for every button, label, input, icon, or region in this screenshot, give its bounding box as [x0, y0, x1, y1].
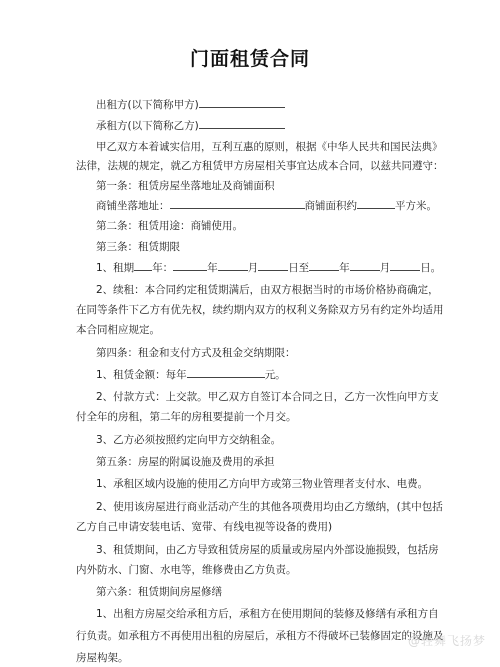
article6-item1-line1: 1、出租方房屋交给承租方后，承租方在使用期间的装修及修缮有承租方自: [96, 606, 439, 621]
end-day-blank: [390, 260, 420, 271]
amount-label: 1、租赁金额：每年: [96, 369, 187, 381]
renew-line-2: 在同等条件下乙方有优先权，续约期内双方的权利义务除双方另有约定外均适用: [76, 302, 444, 317]
article5-item3-line1: 3、租赁期间，由乙方导致租赁房屋的质量或房屋内外部设施损毁，包括房: [96, 542, 439, 557]
preamble-line-1: 甲乙双方本着诚实信用，互利互惠的原则，根据《中华人民共和国民法典》: [96, 139, 443, 154]
watermark: @轻舞飞扬梦: [408, 632, 486, 649]
end-year-blank: [309, 260, 339, 271]
lessee-blank: [199, 118, 285, 129]
payment-line-2: 付全年的房租，第二年的房租要提前一个月交。: [76, 409, 297, 424]
article4-amount-line: 1、租赁金额：每年元。: [96, 367, 286, 382]
term-y3: 年: [339, 262, 350, 274]
term-d2: 日。: [420, 262, 441, 274]
term-y1: 年：: [152, 262, 173, 274]
article5-item1: 1、承租区域内设施的使用乙方向甲方或第三物业管理者支付水、电费。: [96, 476, 428, 491]
article3-heading: 第三条：租赁期限: [96, 239, 180, 254]
article5-item2-line1: 2、使用该房屋进行商业活动产生的其他各项费用均由乙方缴纳，(其中包括: [96, 499, 443, 514]
article5-item2-line2: 乙方自己申请安装电话、宽带、有线电视等设备的费用): [76, 519, 332, 534]
area-blank: [357, 198, 395, 209]
area-label: 商铺面积约: [305, 200, 358, 212]
article5-item3-line2: 内外防水、门窗、水电等，维修费由乙方负责。: [76, 562, 297, 577]
renew-line-3: 本合同相应规定。: [76, 322, 160, 337]
lessee-line: 承租方(以下简称乙方): [96, 118, 285, 133]
term-prefix: 1、租期: [96, 262, 134, 274]
lessor-line: 出租方(以下简称甲方): [96, 97, 285, 112]
lessor-blank: [199, 97, 285, 108]
term-years-blank: [134, 260, 152, 271]
term-m2: 月: [380, 262, 391, 274]
term-y2: 年: [207, 262, 218, 274]
article6-item1-line2: 行负责。如承租方不再使用出租的房屋后，承租方不得破坏已装修固定的设施及: [76, 628, 444, 643]
term-m1: 月: [248, 262, 259, 274]
payment-line-1: 2、付款方式：上交款。甲乙双方自签订本合同之日，乙方一次性向甲方支: [96, 389, 439, 404]
area-unit: 平方米。: [395, 200, 437, 212]
term-d1: 日至: [288, 262, 309, 274]
article4-heading: 第四条：租金和支付方式及租金交纳期限：: [96, 345, 296, 360]
article2-heading: 第二条：租赁用途：商铺使用。: [96, 218, 243, 233]
article6-heading: 第六条：租赁期间房屋修缮: [96, 584, 222, 599]
article3-term-line: 1、租期年：年月日至年月日。: [96, 260, 441, 275]
renew-line-1: 2、续租：本合同约定租赁期满后，由双方根据当时的市场价格协商确定，: [96, 282, 439, 297]
article1-address-line: 商铺坐落地址：商铺面积约平方米。: [96, 198, 437, 213]
article6-item1-line3: 房屋构架。: [76, 650, 129, 665]
address-blank: [170, 198, 305, 209]
amount-unit: 元。: [265, 369, 286, 381]
start-month-blank: [218, 260, 248, 271]
lessor-label: 出租方(以下简称甲方): [96, 99, 199, 111]
article4-item3: 3、乙方必须按照约定向甲方交纳租金。: [96, 432, 281, 447]
start-year-blank: [173, 260, 207, 271]
preamble-line-2: 法律，法规的规定，就乙方租赁甲方房屋相关事宜达成本合同，以兹共同遵守：: [76, 158, 444, 173]
address-label: 商铺坐落地址：: [96, 200, 170, 212]
amount-blank: [187, 367, 265, 378]
page-title: 门面租赁合同: [0, 44, 500, 71]
lessee-label: 承租方(以下简称乙方): [96, 120, 199, 132]
article1-heading: 第一条：租赁房屋坐落地址及商铺面积: [96, 178, 275, 193]
start-day-blank: [258, 260, 288, 271]
end-month-blank: [350, 260, 380, 271]
article5-heading: 第五条：房屋的附属设施及费用的承担: [96, 454, 275, 469]
